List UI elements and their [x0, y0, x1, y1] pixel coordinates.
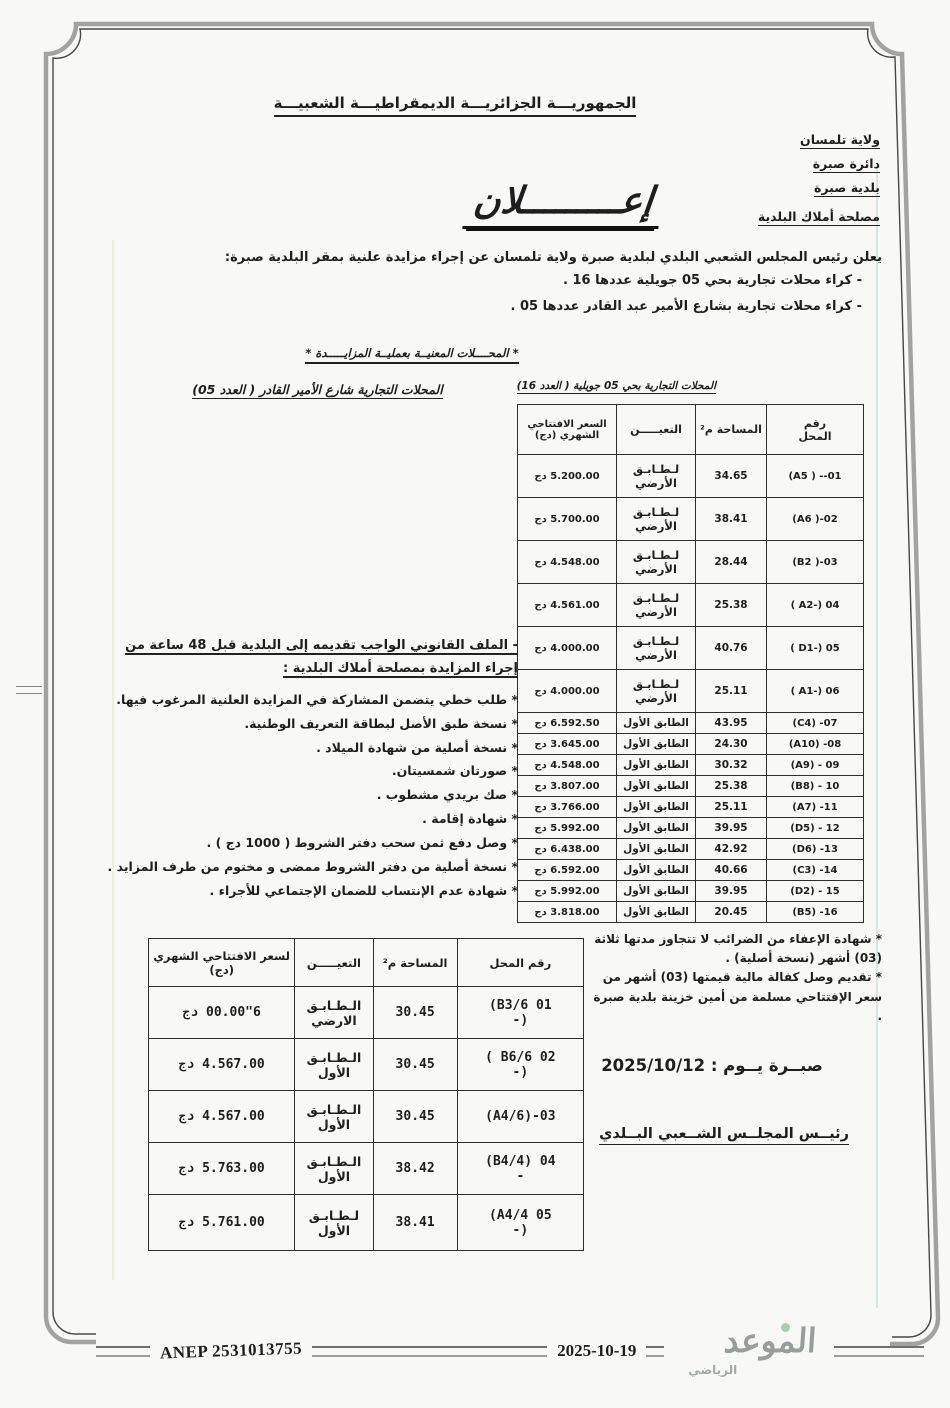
table1-heading: المحلات التجارية بحي 05 جويلية ( العدد 1… — [516, 380, 716, 394]
logo-main-text: الموعد — [723, 1321, 818, 1360]
table-row: (C4) -0743.95الطابق الأول6.592.50 دج — [518, 713, 864, 734]
table-row: (A9) - 0930.32الطابق الأول4.548.00 دج — [518, 755, 864, 776]
intro-bullet-2: - كراء محلات تجارية بشارع الأمير عبد الق… — [74, 294, 882, 320]
table-row: (D2) - 1539.95الطابق الأول5.992.00 دج — [518, 881, 864, 902]
legal-item: * طلب خطي يتضمن المشاركة في المزايدة الع… — [90, 689, 518, 711]
newspaper-logo: الموعد الرياضي — [674, 1327, 824, 1375]
col-price: السعر الافتتاحي الشهري (دج) — [518, 405, 617, 455]
footer-bar: ANEP 2531013755 2025-10-19 الموعد الرياض… — [96, 1334, 924, 1368]
table-row: ( D1-) 0540.76لـطـابـق الأرضي4.000.00 دج — [518, 627, 864, 670]
col-area: المساحة م² — [696, 405, 767, 455]
legal-item: * شهادة إقامة . — [90, 808, 518, 830]
shops-table-emir-street: رقم المحل المساحة م² التعيـــــن لسعر ال… — [148, 938, 584, 1251]
table-row: ( B6/6 02 -)30.45الـطـابـق الأول4.567.00… — [149, 1039, 584, 1091]
extra-requirements: * شهادة الإعفاء من الضرائب لا تتجاوز مدت… — [588, 930, 882, 1026]
footer-rule — [646, 1346, 664, 1357]
announcement-title-text: إعـــــــــلان — [463, 178, 664, 229]
table2-heading: المحلات التجارية شارع الأمير القادر ( ال… — [155, 382, 480, 399]
col-price: لسعر الافتتاحي الشهري (دج) — [149, 939, 295, 987]
legal-item: * صورتان شمسيتان. — [90, 760, 518, 782]
shops-table-july-district: رقم المحل المساحة م² التعيـــــن السعر ا… — [517, 404, 864, 923]
starred-heading: * المحــــلات المعنيــة بعمليــة المزايـ… — [282, 346, 542, 364]
table-row: (A6 )-0238.41لـطـابـق الأرضي5.700.00 دج — [518, 498, 864, 541]
legal-item: * صك بريدي مشطوب . — [90, 784, 518, 806]
legal-items: * طلب خطي يتضمن المشاركة في المزايدة الع… — [90, 689, 518, 902]
legal-item: * نسخة أصلية من شهادة الميلاد . — [90, 737, 518, 759]
admin-block: ولاية تلمسان دائرة صبرة بلدية صبرة مصلحة… — [710, 132, 880, 233]
table-row: (D6) -1342.92الطابق الأول6.438.00 دج — [518, 839, 864, 860]
legal-heading: - الملف القانوني الواجب تقديمه إلى البلد… — [90, 634, 518, 681]
intro-bullet-1: - كراء محلات تجارية بحي 05 جويلية عددها … — [74, 268, 882, 294]
department-label: مصلحة أملاك البلدية — [758, 209, 880, 226]
anep-number: ANEP 2531013755 — [160, 1339, 303, 1364]
intro-line: يعلن رئيس المجلس الشعبي البلدي لبلدية صب… — [74, 248, 882, 268]
table-row: (A4/6)-0330.45الـطـابـق الأول4.567.00 دج — [149, 1091, 584, 1143]
col-designation: التعيـــــن — [295, 939, 373, 987]
col-designation: التعيـــــن — [617, 405, 696, 455]
table-row: (B3/6 01 -)30.45الـطـابـق الارضي6"00.00 … — [149, 987, 584, 1039]
issue-date-line: صبــرة يــوم : 2025/10/12 — [582, 1056, 842, 1075]
republic-title-text: الجمهوريـــة الجزائريـــة الديمقراطيـــة… — [274, 94, 637, 117]
table-row: (B2 )-0328.44لـطـابـق الأرضي4.548.00 دج — [518, 541, 864, 584]
table-row: ( A2-) 0425.38لـطـابـق الأرضي4.561.00 دج — [518, 584, 864, 627]
legal-item: * نسخة طبق الأصل لبطاقة التعريف الوطنية. — [90, 713, 518, 735]
extra-item: * شهادة الإعفاء من الضرائب لا تتجاوز مدت… — [588, 930, 882, 968]
scanned-announcement-page: { "header": { "republic_title": "الجمهور… — [0, 0, 950, 1408]
republic-title: الجمهوريـــة الجزائريـــة الديمقراطيـــة… — [250, 94, 660, 117]
scan-artifact-line — [876, 168, 878, 1308]
wilaya-label: ولاية تلمسان — [800, 132, 880, 149]
table-row: (B5) -1620.45الطابق الأول3.818.00 دج — [518, 902, 864, 923]
table-row: ( A1-) 0625.11لـطـابـق الأرضي4.000.00 دج — [518, 670, 864, 713]
margin-mark — [16, 686, 42, 694]
col-shop-number: رقم المحل — [457, 939, 583, 987]
table-row: (D5) - 1239.95الطابق الأول5.992.00 دج — [518, 818, 864, 839]
table-row: (A5 ) --0134.65لـطـابـق الأرضي5.200.00 د… — [518, 455, 864, 498]
announcement-title: إعـــــــــلان — [445, 178, 680, 229]
table-row: (C3) -1440.66الطابق الأول6.592.00 دج — [518, 860, 864, 881]
legal-item: * وصل دفع ثمن سحب دفتر الشروط ( 1000 دج … — [90, 832, 518, 854]
logo-sub-text: الرياضي — [688, 1363, 737, 1377]
table-row: (A7) -1125.11الطابق الأول3.766.00 دج — [518, 797, 864, 818]
footer-rule — [834, 1346, 924, 1357]
table-header-row: رقم المحل المساحة م² التعيـــــن السعر ا… — [518, 405, 864, 455]
col-shop-number: رقم المحل — [767, 405, 864, 455]
legal-file-section: - الملف القانوني الواجب تقديمه إلى البلد… — [90, 634, 518, 904]
commune-label: بلدية صبرة — [814, 180, 880, 197]
footer-rule — [96, 1346, 150, 1357]
col-area: المساحة م² — [373, 939, 457, 987]
daira-label: دائرة صبرة — [813, 156, 880, 173]
legal-item: * شهادة عدم الإنتساب للضمان الإجتماعي لل… — [90, 880, 518, 902]
table-row: (A10) -0824.30الطابق الأول3.645.00 دج — [518, 734, 864, 755]
table-row: (B4/4) 04 -38.42الـطـابـق الأول5.763.00 … — [149, 1143, 584, 1195]
legal-item: * نسخة أصلية من دفتر الشروط ممضى و مختوم… — [90, 856, 518, 878]
table-row: (A4/4 05 -)38.41لـطـابـق الأول5.761.00 د… — [149, 1195, 584, 1251]
publication-date: 2025-10-19 — [557, 1341, 636, 1361]
extra-item: * تقديم وصل كفالة مالية قيمتها (03) أشهر… — [588, 968, 882, 1026]
signature-title: رئيــس المجلــس الشــعبي البــلدي — [574, 1126, 874, 1142]
table-row: (B8) - 1025.38الطابق الأول3.807.00 دج — [518, 776, 864, 797]
intro-paragraph: يعلن رئيس المجلس الشعبي البلدي لبلدية صب… — [74, 248, 882, 320]
footer-rule — [312, 1346, 547, 1357]
table-header-row: رقم المحل المساحة م² التعيـــــن لسعر ال… — [149, 939, 584, 987]
